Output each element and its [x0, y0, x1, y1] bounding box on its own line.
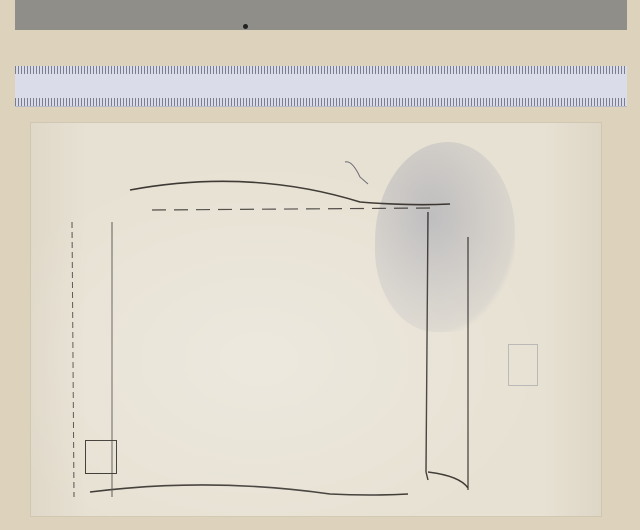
- grey-scale-patches: [17, 30, 625, 66]
- measurement-ruler: [15, 66, 627, 107]
- shop-seal: [85, 440, 117, 474]
- card-label-strip: [15, 0, 627, 30]
- card-center-dot: [243, 24, 248, 29]
- document-sheet: [30, 122, 602, 517]
- ruler-ticks-bottom: [15, 98, 627, 106]
- ruler-ticks-top: [15, 66, 627, 74]
- color-reference-card: [15, 0, 627, 68]
